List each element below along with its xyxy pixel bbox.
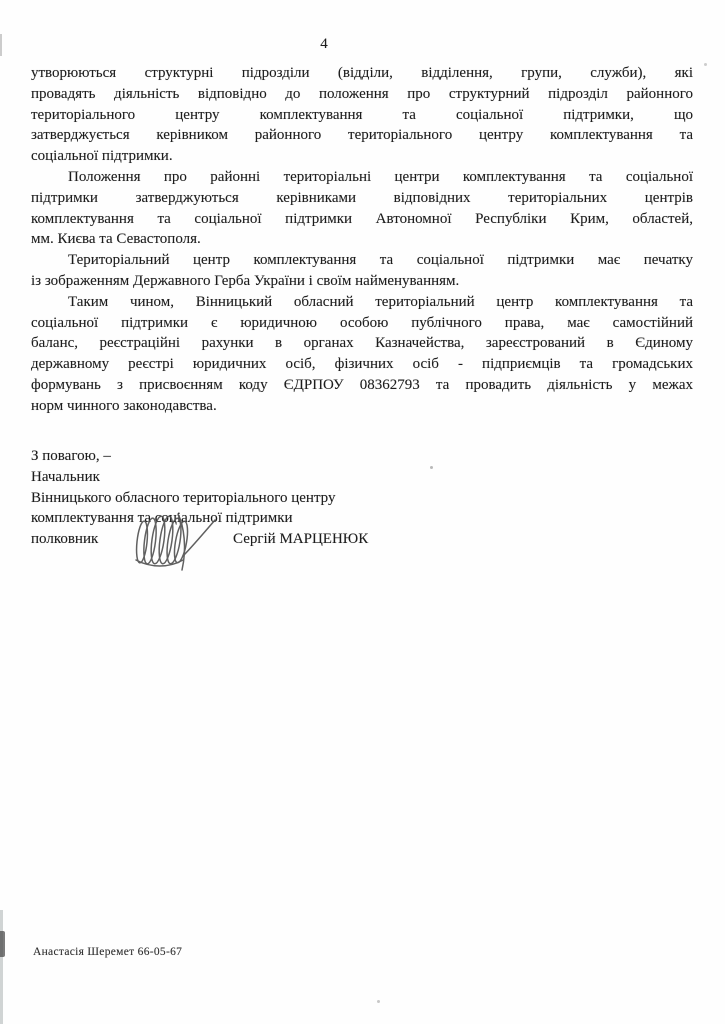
page-number: 4 — [0, 36, 648, 53]
body-line: комплектування та соціальної підтримки А… — [31, 209, 693, 230]
body-line: із зображенням Державного Герба України … — [31, 271, 693, 292]
scan-artifact-edge-strip — [0, 910, 3, 1024]
body-line: Територіальний центр комплектування та с… — [31, 250, 693, 271]
signature-line: З повагою, – — [31, 446, 461, 467]
body-line: територіального центру комплектування та… — [31, 105, 693, 126]
signatory-name: Сергій МАРЦЕНЮК — [233, 529, 368, 550]
signature-lines: З повагою, –НачальникВінницького обласно… — [31, 446, 461, 529]
scan-artifact-edge-top — [0, 34, 2, 56]
signature-line: Начальник — [31, 467, 461, 488]
document-page: 4 утворюються структурні підрозділи (від… — [0, 0, 725, 1024]
scan-artifact-speck — [430, 466, 433, 469]
body-line: мм. Києва та Севастополя. — [31, 229, 693, 250]
body-line: соціальної підтримки є юридичною особою … — [31, 313, 693, 334]
signature-row: полковник Сергій МАРЦЕНЮК — [31, 529, 461, 550]
body-line: підтримки затверджуються керівниками від… — [31, 188, 693, 209]
signature-line: Вінницького обласного територіального це… — [31, 488, 461, 509]
body-line: соціальної підтримки. — [31, 146, 693, 167]
signature-ink — [135, 514, 215, 570]
body-line: баланс, реєстраційні рахунки в органах К… — [31, 333, 693, 354]
signature-line: комплектування та соціальної підтримки — [31, 508, 461, 529]
body-line: затверджується керівником районного тери… — [31, 125, 693, 146]
footer-contact: Анастасія Шеремет 66-05-67 — [33, 946, 182, 958]
body-line: державному реєстрі юридичних осіб, фізич… — [31, 354, 693, 375]
body-line: провадять діяльність відповідно до полож… — [31, 84, 693, 105]
body-line: Таким чином, Вінницький обласний територ… — [31, 292, 693, 313]
body-line: норм чинного законодавства. — [31, 396, 693, 417]
scan-artifact-edge-blob — [0, 931, 5, 957]
body-line: Положення про районні територіальні цент… — [31, 167, 693, 188]
document-body: утворюються структурні підрозділи (відді… — [31, 63, 693, 417]
scan-artifact-speck — [704, 63, 707, 66]
scan-artifact-speck — [377, 1000, 380, 1003]
handwritten-signature-icon — [131, 508, 231, 572]
signatory-rank: полковник — [31, 531, 98, 547]
body-line: формувань з присвоєнням коду ЄДРПОУ 0836… — [31, 375, 693, 396]
signature-block: З повагою, –НачальникВінницького обласно… — [31, 446, 461, 550]
body-line: утворюються структурні підрозділи (відді… — [31, 63, 693, 84]
